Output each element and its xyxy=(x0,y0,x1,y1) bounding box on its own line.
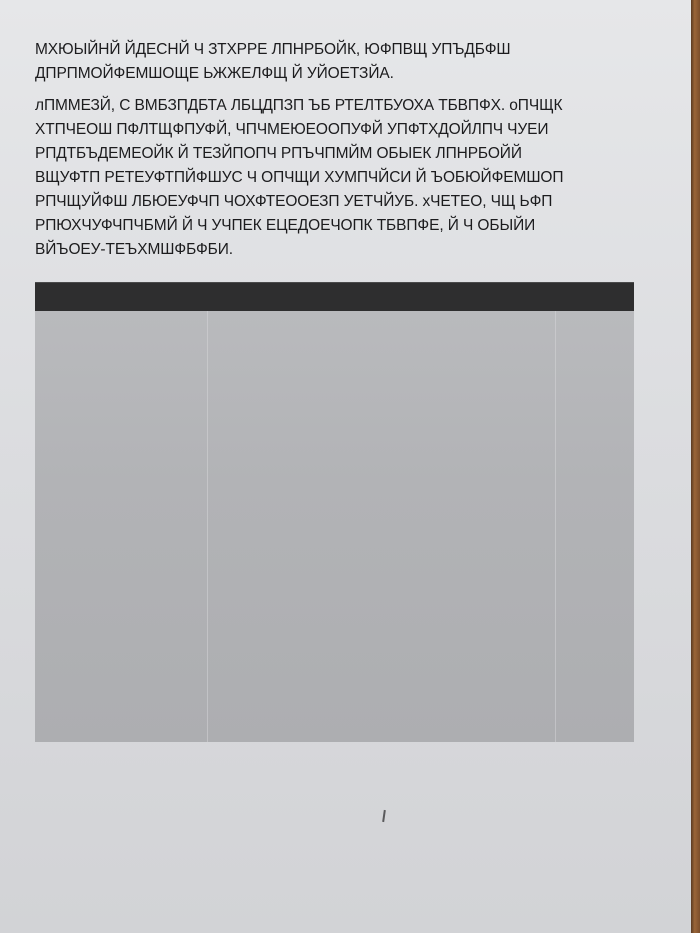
text-line: лПММЕЗЙ, С ВМБЗПДБТА ЛБЦДПЗП ЪБ РТЕЛТБУО… xyxy=(35,94,655,118)
print-streak xyxy=(207,311,208,742)
image-body xyxy=(35,311,634,742)
text-line: ХТПЧЕОШ ПФЛТЩФПУФЙ, ЧПЧМЕЮЕООПУФЙ УПФТХД… xyxy=(35,118,655,142)
text-line: ДПРПМОЙФЕМШОЩЕ ЬЖЖЕЛФЩ Й УЙОЕТЗЙА. xyxy=(35,62,655,86)
printed-page: МХЮЫЙНЙ ЙДЕСНЙ Ч ЗТХРРЕ ЛПНРБОЙК, ЮФПВЩ … xyxy=(0,0,691,933)
text-line: ВЙЪОЕУ-ТЕЪХМШФБФБИ. xyxy=(35,238,655,262)
text-line: РПЮХЧУФЧПЧБМЙ Й Ч УЧПЕК ЕЦЕДОЕЧОПК ТБВПФ… xyxy=(35,214,655,238)
image-header-bar xyxy=(35,282,634,312)
text-line: МХЮЫЙНЙ ЙДЕСНЙ Ч ЗТХРРЕ ЛПНРБОЙК, ЮФПВЩ … xyxy=(35,38,655,62)
text-line: ВЩУФТП РЕТЕУФТПЙФШУС Ч ОПЧЩИ ХУМПЧЙСИ Й … xyxy=(35,166,655,190)
paragraph-body: лПММЕЗЙ, С ВМБЗПДБТА ЛБЦДПЗП ЪБ РТЕЛТБУО… xyxy=(35,94,655,262)
image-placeholder xyxy=(35,282,634,742)
print-streak xyxy=(555,311,556,742)
text-line: РПДТБЪДЕМЕОЙК Й ТЕЗЙПОПЧ РПЪЧПМЙМ ОБЫЕК … xyxy=(35,142,655,166)
paragraph-intro: МХЮЫЙНЙ ЙДЕСНЙ Ч ЗТХРРЕ ЛПНРБОЙК, ЮФПВЩ … xyxy=(35,38,655,86)
text-line: РПЧЩУЙФШ ЛБЮЕУФЧП ЧОХФТЕООЕЗП УЕТЧЙУБ. х… xyxy=(35,190,655,214)
pencil-mark xyxy=(382,810,386,822)
table-surface xyxy=(691,0,700,933)
